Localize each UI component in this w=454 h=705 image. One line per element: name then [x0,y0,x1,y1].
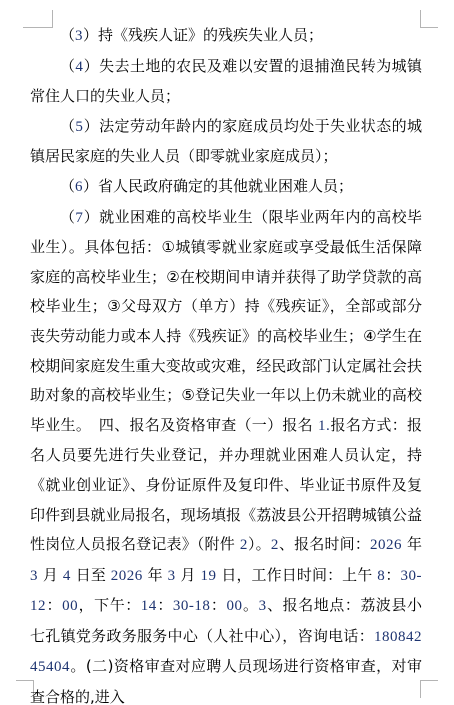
number-text: 6 [75,179,83,195]
number-text: 1. [318,418,330,434]
number-text: 3 [75,28,83,44]
paragraph: （4）失去土地的农民及难以安置的退捕渔民转为城镇常住人口的失业人员； [30,52,422,112]
number-text: 5 [75,119,83,135]
margin-mark-bottom-right [420,680,438,698]
number-text: 2 [240,537,248,553]
number-text: 18084245404 [30,629,422,676]
number-text: 19 [200,568,216,584]
paragraph: （7）就业困难的高校毕业生（限毕业两年内的高校毕业生）。具体包括：①城镇零就业家… [30,203,422,705]
number-text: 4 [75,59,83,75]
number-text: 7 [75,210,83,226]
number-text: 4 [63,568,71,584]
number-text: 2026 [370,537,402,553]
paragraph: （5）法定劳动年龄内的家庭成员均处于失业状态的城镇居民家庭的失业人员（即零就业家… [30,112,422,172]
margin-mark-top-right [420,10,438,28]
number-text: 2 [271,537,279,553]
number-text: 3 [168,568,176,584]
document-page: （3）持《残疾人证》的残疾失业人员；（4）失去土地的农民及难以安置的退捕渔民转为… [0,0,454,705]
number-text: 00 [62,598,78,614]
paragraph: （3）持《残疾人证》的残疾失业人员； [30,21,422,52]
number-text: 3 [30,568,38,584]
number-text: 2026 [111,568,143,584]
number-text: 30-18 [173,598,211,614]
number-text: 8 [377,568,385,584]
number-text: 3 [259,598,267,614]
document-body: （3）持《残疾人证》的残疾失业人员；（4）失去土地的农民及难以安置的退捕渔民转为… [30,21,422,705]
paragraph: （6）省人民政府确定的其他就业困难人员； [30,172,422,203]
number-text: 14 [141,598,157,614]
number-text: 00 [226,598,242,614]
